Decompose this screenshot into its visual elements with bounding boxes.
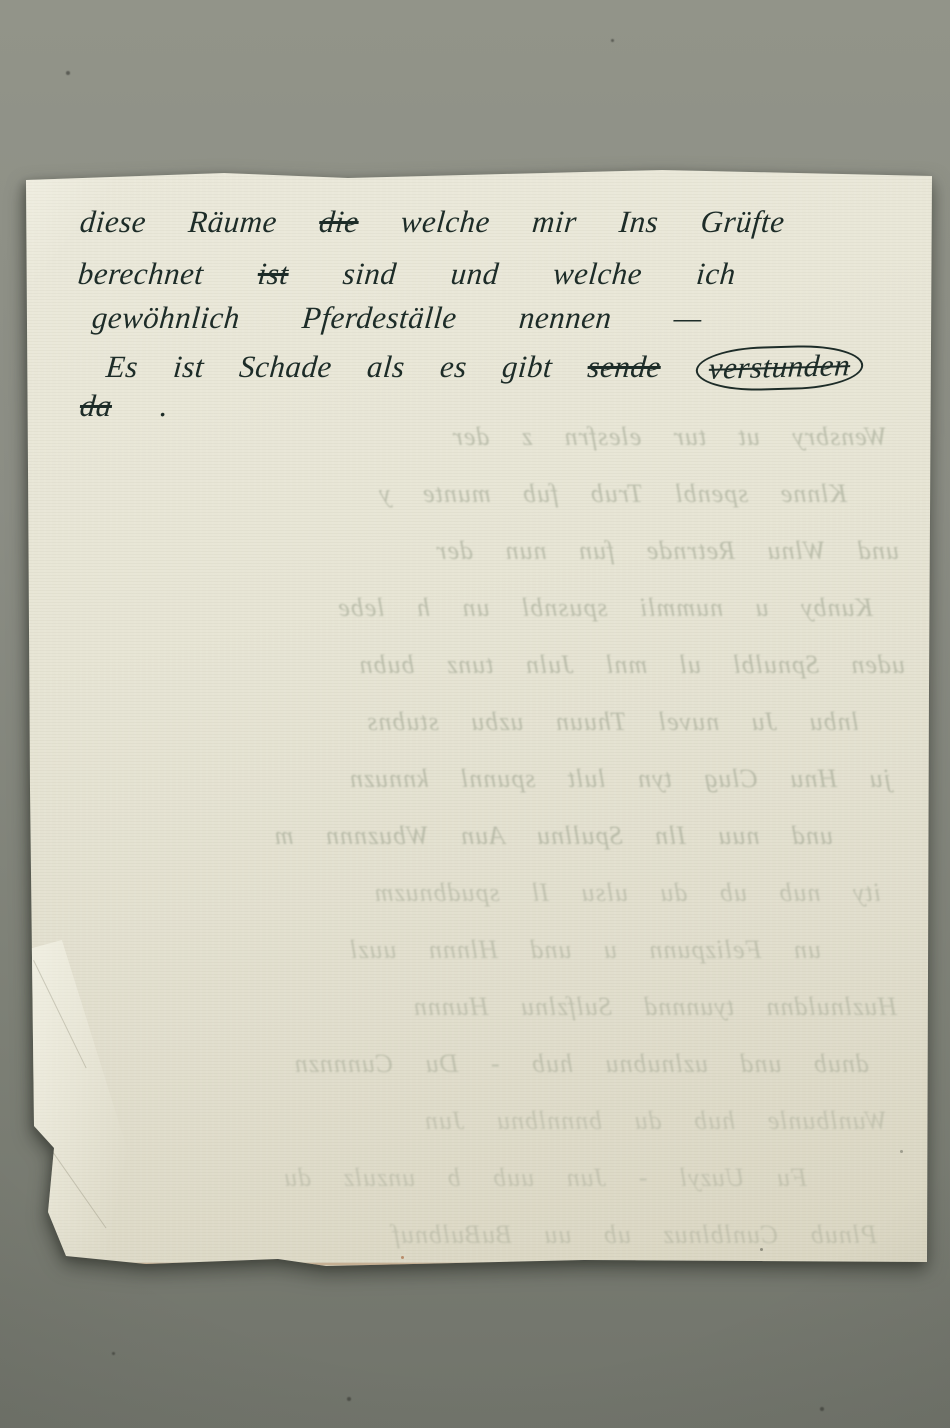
- handwritten-word-struck: die: [318, 204, 361, 240]
- handwritten-word: Grüfte: [699, 204, 786, 240]
- handwritten-word: ist: [172, 349, 206, 385]
- handwritten-word-struck: sende: [586, 349, 662, 385]
- handwritten-word: ich: [695, 256, 738, 292]
- handwritten-line: gewöhnlich Pferdeställe nennen —: [90, 300, 703, 336]
- handwritten-word: nennen —: [518, 300, 704, 336]
- bleedthrough-line: ity nub ub du ulsu Il spudbnuzm: [54, 864, 917, 921]
- bleedthrough-line: Wunlbunle hub du bnnnlbnu Jun: [54, 1092, 917, 1149]
- handwritten-word: berechnet: [76, 256, 205, 292]
- bleedthrough-line: un Felizpunn u und Hlnnn uuzl: [54, 921, 917, 978]
- handwritten-word: und: [449, 256, 500, 292]
- bleedthrough-line: julnll Bub, Hnnn Junnuldnn uuul: [54, 1263, 917, 1320]
- bleedthrough-line: ju Hnu Clug tyn lult spunnl knnuzn: [54, 750, 917, 807]
- handwritten-line: berechnet ist sind und welche ich: [76, 256, 737, 292]
- bleedthrough-line: und Wlnu Retrnde fun nun der: [54, 522, 917, 579]
- bleedthrough-line: Huzlnuldnn tyunnnd Sulfzlnu Hunnn: [54, 978, 917, 1035]
- dust-speck: [820, 1407, 824, 1411]
- bleedthrough-line: un Funn Spunnn bunbnub, Ju: [54, 1320, 917, 1377]
- bleedthrough-line: Klnne spenbl Trub fub munte y: [54, 465, 917, 522]
- bleedthrough-line: Fu Uuzyl - Jun uub b unzulz du: [54, 1149, 917, 1206]
- handwritten-word: welche: [399, 204, 491, 240]
- handwritten-word: gibt: [501, 349, 554, 385]
- handwritten-word: Ins: [618, 204, 661, 240]
- handwritten-word: welche: [551, 256, 643, 292]
- handwritten-word-struck: da: [78, 388, 113, 424]
- paper-sheet: Wensbry ut tur elesfrn z der Klnne spenb…: [26, 170, 933, 1267]
- bleedthrough-line: uden Spnulbl ul mnl Juln tunz bubn: [54, 636, 917, 693]
- bleedthrough-line: und nuu Iln Spullnu Aun Wbuznnn m: [54, 807, 917, 864]
- bleedthrough-line: dnub und uzlnubnu hub - Du Cunnnzn: [54, 1035, 917, 1092]
- handwritten-line: diese Räume die welche mir Ins Grüfte: [78, 204, 786, 240]
- handwritten-word: Räume: [187, 204, 279, 240]
- handwritten-word: Schade: [238, 349, 334, 385]
- bleedthrough-line: Hn unbnnn hubn dnub uunb bu: [54, 1377, 917, 1428]
- dust-speck: [347, 1397, 351, 1401]
- handwritten-word: Es: [105, 349, 140, 385]
- manuscript-page: Wensbry ut tur elesfrn z der Klnne spenb…: [26, 170, 933, 1267]
- handwritten-word: Pferdeställe: [301, 300, 459, 336]
- handwritten-word: gewöhnlich: [90, 300, 241, 336]
- handwritten-word: als: [366, 349, 407, 385]
- dust-speck: [611, 39, 614, 42]
- handwritten-line: da .: [78, 388, 170, 424]
- bleedthrough-line: Plnub Cunlblnuz ub uu BuBulbnuf: [54, 1206, 917, 1263]
- handwritten-word-circled: verstunden: [694, 344, 864, 392]
- dust-speck: [112, 1352, 115, 1355]
- dust-speck: [66, 71, 70, 75]
- handwritten-word-struck: ist: [256, 256, 290, 292]
- handwritten-word: mir: [531, 204, 579, 240]
- handwritten-word: sind: [341, 256, 398, 292]
- handwritten-word: es: [439, 349, 469, 385]
- bleedthrough-line: Wensbry ut tur elesfrn z der: [54, 408, 917, 465]
- bleedthrough-line: Kunby u nummli spusnbl un h lebe: [54, 579, 917, 636]
- handwritten-line: Es ist Schade als es gibt sende verstund…: [104, 346, 865, 390]
- handwritten-word: diese: [78, 204, 147, 240]
- ink-bleedthrough: Wensbry ut tur elesfrn z der Klnne spenb…: [54, 408, 917, 1418]
- bleedthrough-line: lnbu Ju nuvel Thuun uzbu stubns: [54, 693, 917, 750]
